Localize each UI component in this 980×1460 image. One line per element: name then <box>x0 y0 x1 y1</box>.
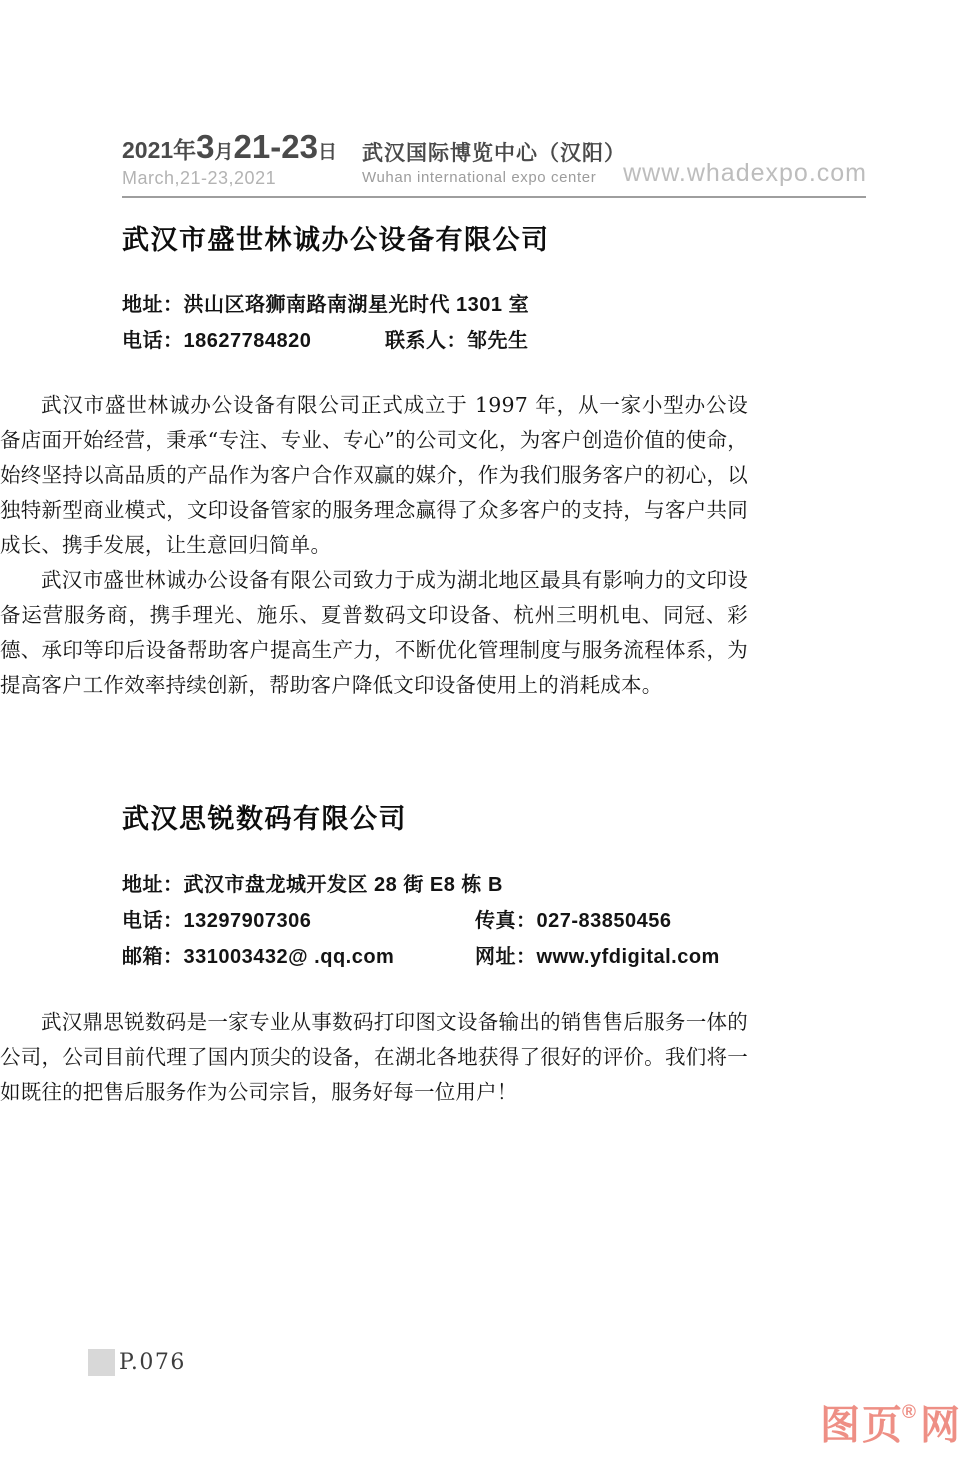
company-section-2: 武汉思锐数码有限公司 <box>122 797 870 836</box>
fax-label: 传真： <box>475 910 537 932</box>
company-2-contacts: 地址：武汉市盘龙城开发区 28 街 E8 栋 B 电话：13297907306 … <box>122 868 870 976</box>
company-1-address-row: 地址：洪山区珞狮南路南湖星光时代 1301 室 <box>122 288 870 324</box>
catalog-page: 2021年3月21-23日 March,21-23,2021 武汉国际博览中心（… <box>0 0 980 1460</box>
fax-value: 027-83850456 <box>537 910 672 932</box>
date-month-number: 3 <box>196 128 214 165</box>
website-label: 网址： <box>475 946 537 968</box>
company-2-name: 武汉思锐数码有限公司 <box>122 797 870 836</box>
website-value: www.yfdigital.com <box>537 946 720 968</box>
address-value: 武汉市盘龙城开发区 28 街 E8 栋 B <box>184 868 503 897</box>
date-day-suffix: 日 <box>318 142 337 163</box>
date-days: 21-23 <box>234 128 318 165</box>
date-month-suffix: 月 <box>215 142 234 163</box>
company-1-paragraph-1: 武汉市盛世林诚办公设备有限公司正式成立于 1997 年，从一家小型办公设备店面开… <box>0 388 748 563</box>
expo-website-url: www.whadexpo.com <box>623 159 867 188</box>
address-label: 地址： <box>122 868 184 897</box>
registered-trademark-icon: ® <box>902 1402 918 1423</box>
date-year: 2021年 <box>122 137 196 163</box>
watermark-text-right: 网 <box>920 1403 962 1447</box>
footer-square-marker <box>88 1349 115 1376</box>
venue-block: 武汉国际博览中心（汉阳） Wuhan international expo ce… <box>362 137 626 186</box>
page-number: P.076 <box>119 1350 186 1375</box>
contact-value: 邹先生 <box>467 330 529 352</box>
contact-label: 联系人： <box>385 330 467 352</box>
phone-value: 18627784820 <box>184 330 312 352</box>
watermark-text-left: 图页 <box>820 1403 904 1447</box>
page-header: 2021年3月21-23日 March,21-23,2021 武汉国际博览中心（… <box>122 130 867 190</box>
event-date-cn: 2021年3月21-23日 <box>122 130 337 171</box>
phone-label: 电话： <box>122 330 184 352</box>
tuye-watermark-logo: 图页®网 <box>820 1393 962 1451</box>
phone-pair: 电话：18627784820 <box>122 324 385 353</box>
company-1-description: 武汉市盛世林诚办公设备有限公司正式成立于 1997 年，从一家小型办公设备店面开… <box>0 388 748 703</box>
address-value: 洪山区珞狮南路南湖星光时代 1301 室 <box>184 288 530 317</box>
phone-value: 13297907306 <box>184 910 312 932</box>
company-2-paragraph-1: 武汉鼎思锐数码是一家专业从事数码打印图文设备输出的销售售后服务一体的公司，公司目… <box>0 1005 748 1110</box>
company-2-address-row: 地址：武汉市盘龙城开发区 28 街 E8 栋 B <box>122 868 870 904</box>
venue-name-en: Wuhan international expo center <box>362 169 626 186</box>
email-label: 邮箱： <box>122 946 184 968</box>
address-label: 地址： <box>122 288 184 317</box>
fax-pair: 传真：027-83850456 <box>475 904 672 933</box>
company-section-1: 武汉市盛世林诚办公设备有限公司 <box>122 218 870 257</box>
phone-label: 电话： <box>122 910 184 932</box>
company-1-phone-row: 电话：18627784820 联系人：邹先生 <box>122 324 870 360</box>
company-1-contacts: 地址：洪山区珞狮南路南湖星光时代 1301 室 电话：18627784820 联… <box>122 288 870 360</box>
phone-pair: 电话：13297907306 <box>122 904 475 933</box>
company-2-description: 武汉鼎思锐数码是一家专业从事数码打印图文设备输出的销售售后服务一体的公司，公司目… <box>0 1005 748 1110</box>
website-pair: 网址：www.yfdigital.com <box>475 940 720 969</box>
header-divider <box>122 196 866 198</box>
company-1-paragraph-2: 武汉市盛世林诚办公设备有限公司致力于成为湖北地区最具有影响力的文印设备运营服务商… <box>0 563 748 703</box>
company-2-email-web-row: 邮箱：331003432@ .qq.com 网址：www.yfdigital.c… <box>122 940 870 976</box>
company-1-name: 武汉市盛世林诚办公设备有限公司 <box>122 218 870 257</box>
event-date-block: 2021年3月21-23日 March,21-23,2021 <box>122 130 337 189</box>
event-date-en: March,21-23,2021 <box>122 168 337 189</box>
venue-name-cn: 武汉国际博览中心（汉阳） <box>362 137 626 167</box>
email-value: 331003432@ .qq.com <box>184 946 395 968</box>
contact-pair: 联系人：邹先生 <box>385 324 529 353</box>
email-pair: 邮箱：331003432@ .qq.com <box>122 940 475 969</box>
company-2-phone-fax-row: 电话：13297907306 传真：027-83850456 <box>122 904 870 940</box>
